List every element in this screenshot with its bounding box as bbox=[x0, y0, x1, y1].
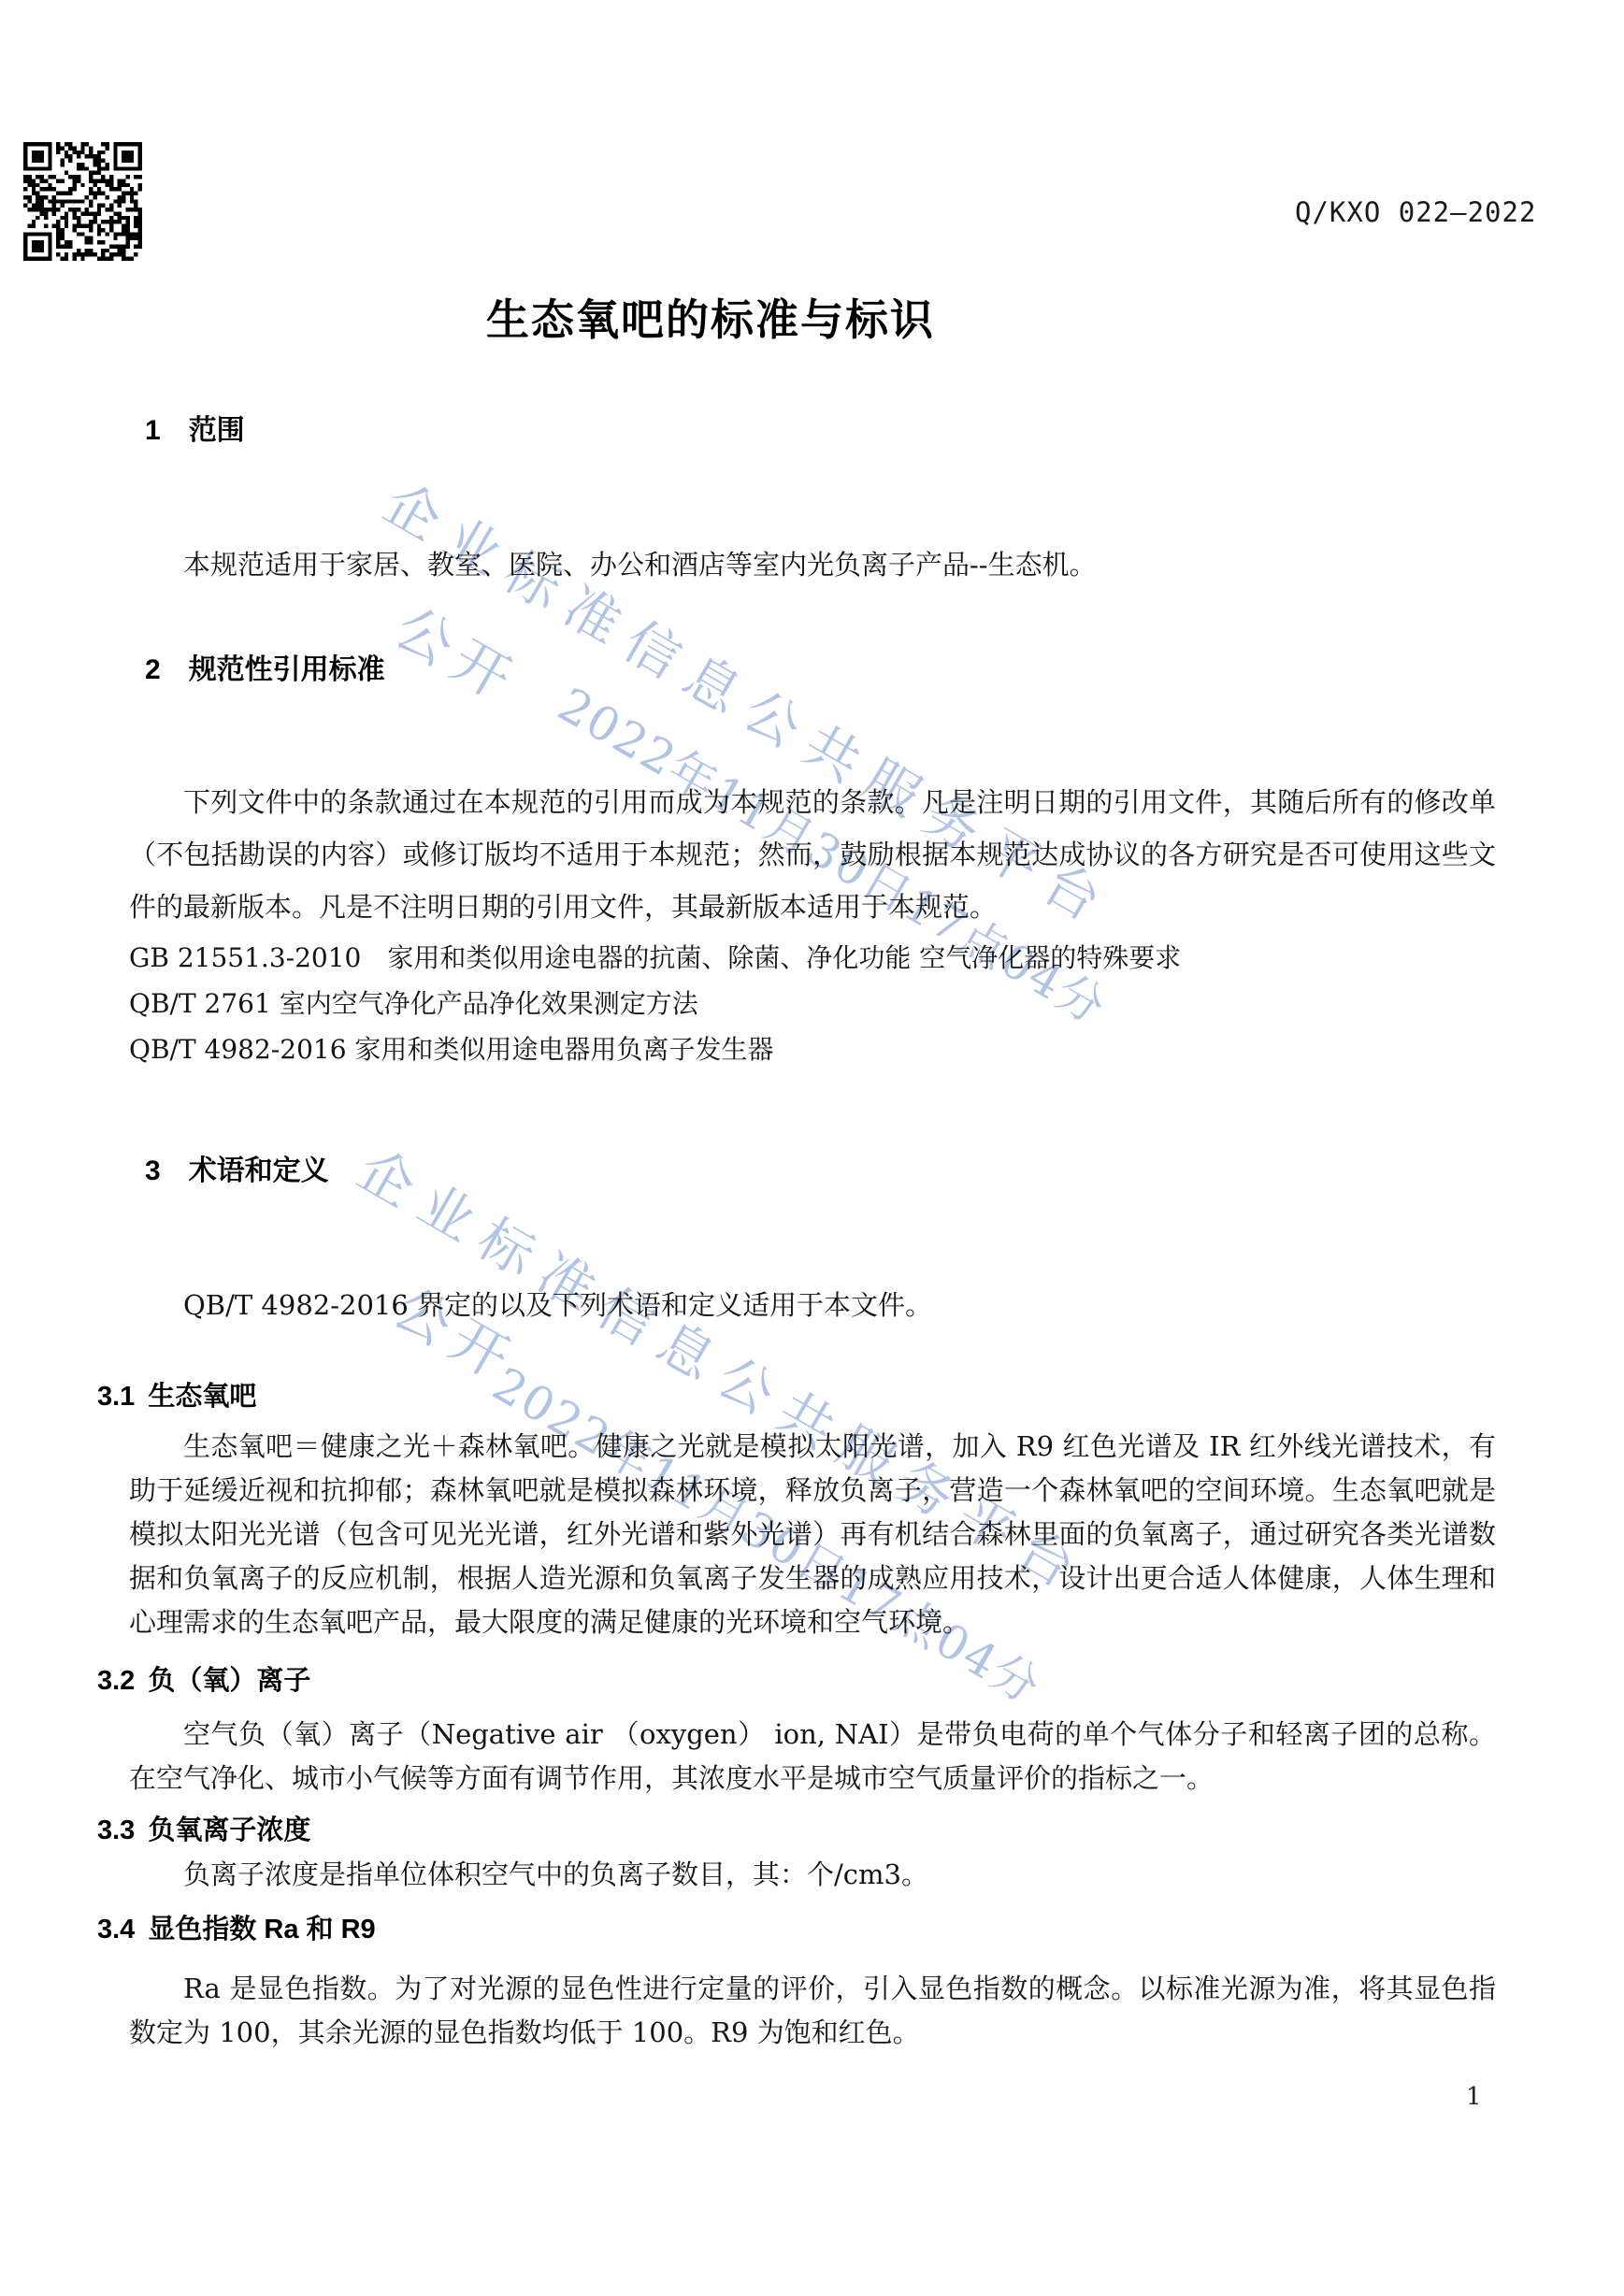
section-3-4-heading: 3.4显色指数 Ra 和 R9 bbox=[97, 1916, 376, 1944]
section-2-paragraph: 下列文件中的条款通过在本规范的引用而成为本规范的条款。凡是注明日期的引用文件，其… bbox=[129, 776, 1496, 933]
section-title: 范围 bbox=[189, 415, 245, 446]
qr-code bbox=[23, 142, 142, 261]
section-number: 3.2 bbox=[97, 1668, 135, 1695]
normative-references-list: GB 21551.3-2010 家用和类似用途电器的抗菌、除菌、净化功能 空气净… bbox=[129, 935, 1181, 1072]
reference-item: QB/T 2761 室内空气净化产品净化效果测定方法 bbox=[129, 981, 1181, 1026]
section-3-1-paragraph: 生态氧吧＝健康之光＋森林氧吧。健康之光就是模拟太阳光谱，加入 R9 红色光谱及 … bbox=[129, 1425, 1496, 1644]
watermark-public-label: 公开 bbox=[382, 584, 536, 719]
reference-item: QB/T 4982-2016 家用和类似用途电器用负离子发生器 bbox=[129, 1026, 1181, 1072]
section-3-3-paragraph: 负离子浓度是指单位体积空气中的负离子数目，其：个/cm3。 bbox=[129, 1853, 1496, 1897]
section-3-4-paragraph: Ra 是显色指数。为了对光源的显色性进行定量的评价，引入显色指数的概念。以标准光… bbox=[129, 1967, 1496, 2055]
section-3-2-paragraph: 空气负（氧）离子（Negative air （oxygen） ion, NAI）… bbox=[129, 1713, 1496, 1801]
reference-item: GB 21551.3-2010 家用和类似用途电器的抗菌、除菌、净化功能 空气净… bbox=[129, 935, 1181, 981]
section-3-paragraph: QB/T 4982-2016 界定的以及下列术语和定义适用于本文件。 bbox=[129, 1279, 1496, 1331]
section-number: 2 bbox=[145, 656, 161, 684]
section-3-2-heading: 3.2负（氧）离子 bbox=[97, 1668, 310, 1695]
document-number: Q/KXO 022—2022 bbox=[1295, 196, 1536, 228]
section-2-heading: 2规范性引用标准 bbox=[145, 656, 385, 684]
section-title: 生态氧吧 bbox=[148, 1382, 256, 1412]
section-1-heading: 1范围 bbox=[145, 417, 245, 445]
section-title: 显色指数 Ra 和 R9 bbox=[148, 1915, 375, 1944]
section-number: 1 bbox=[145, 417, 161, 445]
section-number: 3 bbox=[145, 1157, 161, 1185]
section-1-paragraph: 本规范适用于家居、教室、医院、办公和酒店等室内光负离子产品--生态机。 bbox=[129, 538, 1496, 591]
section-number: 3.3 bbox=[97, 1817, 135, 1844]
page-number: 1 bbox=[1466, 2083, 1482, 2111]
document-page: 企业标准信息公共服务平台 公开 2022年11月30日17点04分 企业标准信息… bbox=[0, 0, 1624, 2296]
section-number: 3.4 bbox=[97, 1916, 135, 1944]
document-title: 生态氧吧的标准与标识 bbox=[486, 286, 935, 348]
section-number: 3.1 bbox=[97, 1384, 135, 1411]
section-title: 规范性引用标准 bbox=[189, 654, 385, 685]
section-title: 负（氧）离子 bbox=[148, 1666, 310, 1696]
section-title: 负氧离子浓度 bbox=[148, 1815, 310, 1845]
section-3-3-heading: 3.3负氧离子浓度 bbox=[97, 1817, 310, 1844]
section-3-1-heading: 3.1生态氧吧 bbox=[97, 1384, 256, 1411]
section-3-heading: 3术语和定义 bbox=[145, 1157, 329, 1185]
section-title: 术语和定义 bbox=[189, 1155, 329, 1186]
